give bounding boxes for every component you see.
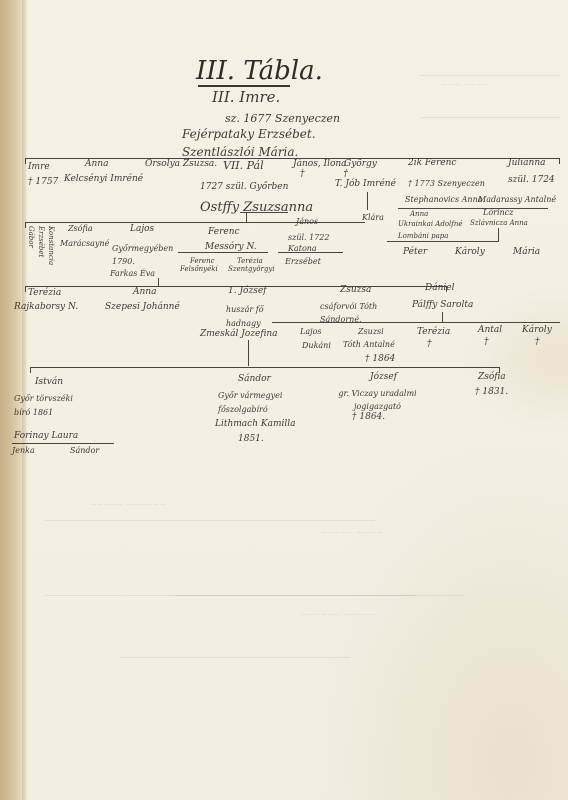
- page-title: III. Tábla.: [196, 58, 323, 84]
- person-jozsef-gen4-office: gr. Viczay uradalmi jogigazgató: [330, 387, 425, 413]
- person-antal: Antal: [478, 326, 502, 335]
- person-zsuzsa: Zsuzsa: [340, 286, 371, 295]
- person-jozsef-gen4-death: † 1864.: [352, 413, 385, 422]
- vertical-note-erzsebet: Erzsébet: [37, 226, 44, 257]
- person-imre-death: † 1757: [28, 178, 58, 187]
- person-felsonyeki-note: Felsőnyéki: [180, 266, 218, 273]
- person-istvan-note: Győr törvszéki bíró 1861: [14, 392, 84, 420]
- person-julianna: Julianna: [508, 159, 546, 168]
- person-istvan-spouse: Forinay Laura: [14, 432, 78, 441]
- person-sandor-office: Győr vármegyei főszolgabíró: [218, 389, 296, 417]
- person-anna: Anna: [85, 160, 108, 169]
- bleedthrough-line: [45, 520, 375, 521]
- person-gyorgy-spouse: T. Jób Imréné: [335, 180, 396, 189]
- person-lajos-spouse: Farkas Éva: [110, 270, 155, 278]
- descent-line-jozsef: [248, 340, 249, 366]
- bracket-tick: [25, 286, 26, 292]
- person-sandor-year: 1851.: [238, 435, 264, 444]
- bracket-tick: [25, 158, 26, 164]
- title-underline: [198, 85, 290, 87]
- person-zsuzsi-spouse: Tóth Antalné: [343, 341, 395, 349]
- death-crosses: † †: [300, 170, 366, 179]
- person-anna-2: Anna: [410, 211, 428, 218]
- person-jozsef-1-rank: huszár fő hadnagy: [226, 303, 286, 331]
- person-lorincz: Lőrincz: [483, 209, 513, 217]
- ferenc-2-family-bracket: [398, 208, 548, 209]
- person-daniel-spouse: Pálffy Sarolta: [412, 301, 473, 310]
- person-zsofia-gen4-death: † 1831.: [475, 388, 508, 397]
- bracket-tick: [25, 222, 26, 228]
- person-karoly-gen3: Károly: [522, 326, 552, 335]
- ferenc-family-bracket: [178, 252, 268, 253]
- person-erzsebet: Erzsébet: [285, 258, 321, 266]
- person-terezia: Terézia: [237, 258, 263, 265]
- descent-line-daniel: [442, 312, 443, 322]
- person-janos-note: szül. 1722 Katona: [288, 232, 340, 254]
- person-anna-2-spouse: Ukrainkai Adolfné: [398, 221, 463, 228]
- person-julianna-spouse: Madarassy Antalné: [478, 196, 556, 204]
- person-istvan: István: [35, 378, 63, 387]
- person-anna-spouse: Kelcsényi Imréné: [64, 175, 143, 184]
- anna-2-family-bracket: [387, 241, 499, 242]
- person-jozsef-gen4: József: [370, 373, 397, 382]
- bracket-tick: [559, 158, 560, 164]
- person-janos-ilona: János, Ilona: [293, 160, 347, 169]
- child-peter: Péter: [403, 248, 427, 257]
- descent-line-pal: [246, 212, 247, 222]
- bleedthrough-text: ~~~~~~ ~~~~~: [300, 610, 376, 619]
- person-ferenc-felsonyeki: Ferenc: [190, 258, 215, 265]
- header-line-spouse-2: Szentlászlói Mária.: [182, 146, 298, 158]
- bleedthrough-text: ~~~~~ ~~~~: [320, 528, 383, 537]
- person-terezia-gen3: Terézia: [28, 289, 61, 298]
- child-jenka: Jenka: [12, 447, 35, 455]
- person-lajos-gen3: Lajos: [300, 328, 321, 336]
- person-pal-birth: 1727 szül. Győrben: [200, 183, 288, 192]
- person-zsuzsi-death: † 1864: [365, 355, 395, 364]
- descent-line-gyorgy: [367, 192, 368, 210]
- person-zsofia-gen4: Zsófia: [478, 373, 506, 382]
- person-ferenc-2-spouse: Stephanovics Anna.: [405, 196, 485, 204]
- person-pal: VII. Pál: [223, 160, 264, 171]
- person-terezia-note: Szentgyörgyi: [228, 266, 275, 273]
- bleedthrough-text: ~~~~~ ~~~~~~: [90, 500, 166, 509]
- person-julianna-birth: szül. 1724: [508, 176, 555, 185]
- person-terezia-gen3-spouse: Rajkaborsy N.: [14, 303, 78, 312]
- person-jozsef-1: 1. József: [228, 287, 267, 296]
- person-jozsef-1-spouse: Zmeskál Jozefina: [200, 330, 278, 339]
- person-zsuzsi: Zsuzsi: [358, 328, 384, 336]
- subtitle: III. Imre.: [212, 90, 280, 105]
- generation-3b-bracket: [272, 322, 560, 323]
- person-gyorgy: György: [344, 160, 377, 169]
- child-maria: Mária: [513, 248, 540, 257]
- person-lorincz-spouse: Szlávnicza Anna: [470, 220, 528, 227]
- bleedthrough-text: ~~~ ~~~~: [440, 80, 489, 89]
- child-karoly: Károly: [455, 248, 485, 257]
- spouse-underline: [240, 212, 288, 213]
- person-ferenc-2-death: † 1773 Szenyeczen: [408, 180, 485, 188]
- person-zsofia-spouse: Marácsayné: [60, 240, 109, 248]
- bleedthrough-line: [120, 657, 350, 658]
- vertical-note-gabor: Gábor: [27, 226, 34, 248]
- person-lajos: Lajos: [130, 225, 154, 234]
- person-sandor: Sándor: [238, 375, 271, 384]
- person-lajos-note: Győrmegyében 1790.: [112, 242, 182, 268]
- person-lajos-gen3-spouse: Dukáni: [302, 342, 331, 350]
- generation-4-bracket: [30, 367, 500, 368]
- descent-line-lorincz: [498, 228, 499, 241]
- person-ferenc-messory: Ferenc: [208, 228, 240, 237]
- person-orsolya-zsuzsa: Orsolya Zsuzsa.: [145, 160, 217, 169]
- descent-line-lajos: [158, 278, 159, 286]
- person-anna-gen3: Anna: [133, 288, 156, 297]
- death-cross: †: [427, 340, 432, 349]
- person-anna-gen3-spouse: Szepesi Johánné: [105, 303, 180, 312]
- person-anna-2-extra: Lombáni papa: [398, 233, 448, 240]
- death-cross: †: [484, 338, 489, 347]
- bleedthrough-line: [420, 117, 560, 118]
- person-sandor-spouse: Lithmach Kamilla: [215, 420, 296, 429]
- person-imre: Imre: [28, 163, 50, 172]
- bracket-tick: [30, 367, 31, 373]
- person-zsofia: Zsófia: [68, 225, 93, 233]
- document-page: III. Tábla. III. Imre. sz. 1677 Szenyecz…: [0, 0, 568, 800]
- bleedthrough-line: [420, 75, 560, 76]
- istvan-family-bracket: [12, 443, 114, 444]
- header-line-birth: sz. 1677 Szenyeczen: [225, 113, 340, 124]
- person-janos: János: [296, 218, 318, 226]
- janos-family-bracket: [278, 252, 343, 253]
- header-line-spouse-1: Fejérpataky Erzsébet.: [182, 128, 316, 140]
- person-ferenc-spouse: Messóry N.: [205, 243, 257, 252]
- child-sandor: Sándor: [70, 447, 99, 455]
- vertical-note-konstancia: Konstancia: [47, 226, 54, 265]
- person-ferenc-2: 2ik Ferenc: [408, 159, 456, 168]
- person-terezia-gen3b: Terézia: [417, 328, 450, 337]
- person-daniel: Dániel: [425, 284, 454, 293]
- person-klara: Klára: [362, 214, 384, 222]
- death-cross: †: [535, 338, 540, 347]
- bleedthrough-line: [175, 595, 415, 596]
